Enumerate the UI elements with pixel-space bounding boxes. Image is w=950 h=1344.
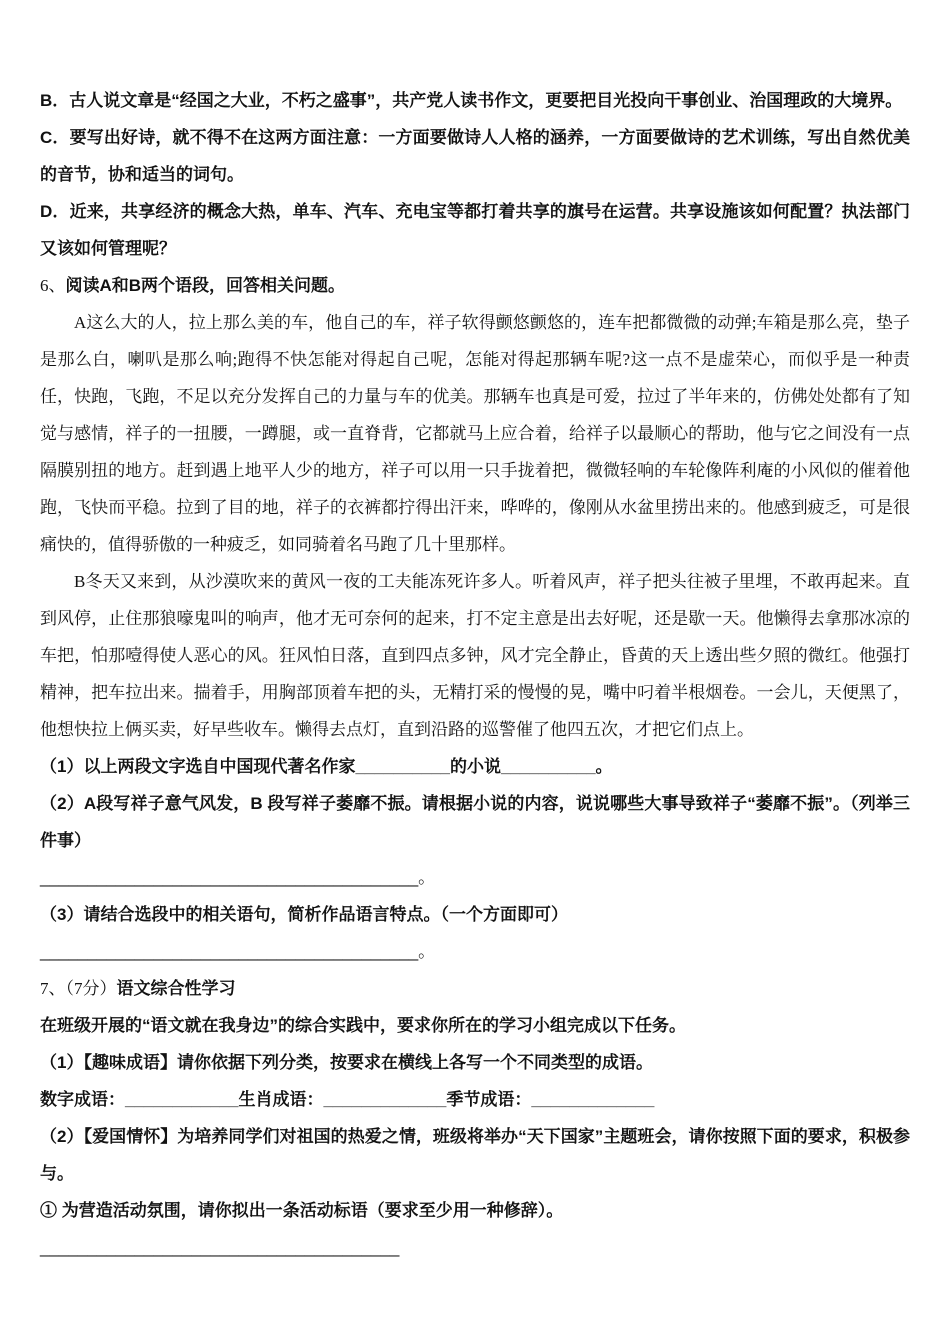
question-7-sub-1: （1）【趣味成语】请你依据下列分类，按要求在横线上各写一个不同类型的成语。 bbox=[40, 1044, 910, 1081]
question-7-heading: 7、（7分）语文综合性学习 bbox=[40, 970, 910, 1007]
answer-blank-line: ________________________________________… bbox=[40, 933, 910, 970]
question-6-heading: 6、阅读A和B两个语段，回答相关问题。 bbox=[40, 267, 910, 304]
choice-option-d: D．近来，共享经济的概念大热，单车、汽车、充电宝等都打着共享的旗号在运营。共享设… bbox=[40, 193, 910, 267]
idiom-fill-blanks-line: 数字成语：____________生肖成语：_____________季节成语：… bbox=[40, 1081, 910, 1118]
question-6-sub-1: （1）以上两段文字选自中国现代著名作家__________的小说________… bbox=[40, 748, 910, 785]
choice-option-b: B．古人说文章是“经国之大业，不朽之盛事”，共产党人读书作文，更要把目光投向干事… bbox=[40, 82, 910, 119]
question-7-sub-2-item-1: ① 为营造活动氛围，请你拟出一条活动标语（要求至少用一种修辞）。 bbox=[40, 1192, 910, 1229]
question-6-text: 阅读A和B两个语段，回答相关问题。 bbox=[66, 276, 346, 295]
passage-b: B冬天又来到，从沙漠吹来的黄风一夜的工夫能冻死许多人。听着风声，祥子把头往被子里… bbox=[40, 563, 910, 748]
question-7-intro: 在班级开展的“语文就在我身边”的综合实践中，要求你所在的学习小组完成以下任务。 bbox=[40, 1007, 910, 1044]
question-7-sub-2: （2）【爱国情怀】为培养同学们对祖国的热爱之情，班级将举办“天下国家”主题班会，… bbox=[40, 1118, 910, 1192]
question-7-text: 语文综合性学习 bbox=[117, 979, 236, 998]
question-6-sub-2: （2）A段写祥子意气风发，B 段写祥子萎靡不振。请根据小说的内容，说说哪些大事导… bbox=[40, 785, 910, 859]
question-6-number: 6、 bbox=[40, 276, 66, 295]
choice-option-c: C．要写出好诗，就不得不在这两方面注意：一方面要做诗人人格的涵养，一方面要做诗的… bbox=[40, 119, 910, 193]
passage-a: A这么大的人，拉上那么美的车，他自己的车，祥子软得颤悠颤悠的，连车把都微微的动弹… bbox=[40, 304, 910, 563]
exam-page: B．古人说文章是“经国之大业，不朽之盛事”，共产党人读书作文，更要把目光投向干事… bbox=[0, 0, 950, 1344]
answer-blank-line: ________________________________________… bbox=[40, 859, 910, 896]
answer-blank-line: ______________________________________ bbox=[40, 1229, 910, 1266]
question-7-number: 7、（7分） bbox=[40, 979, 117, 998]
question-6-sub-3: （3）请结合选段中的相关语句，简析作品语言特点。（一个方面即可） bbox=[40, 896, 910, 933]
